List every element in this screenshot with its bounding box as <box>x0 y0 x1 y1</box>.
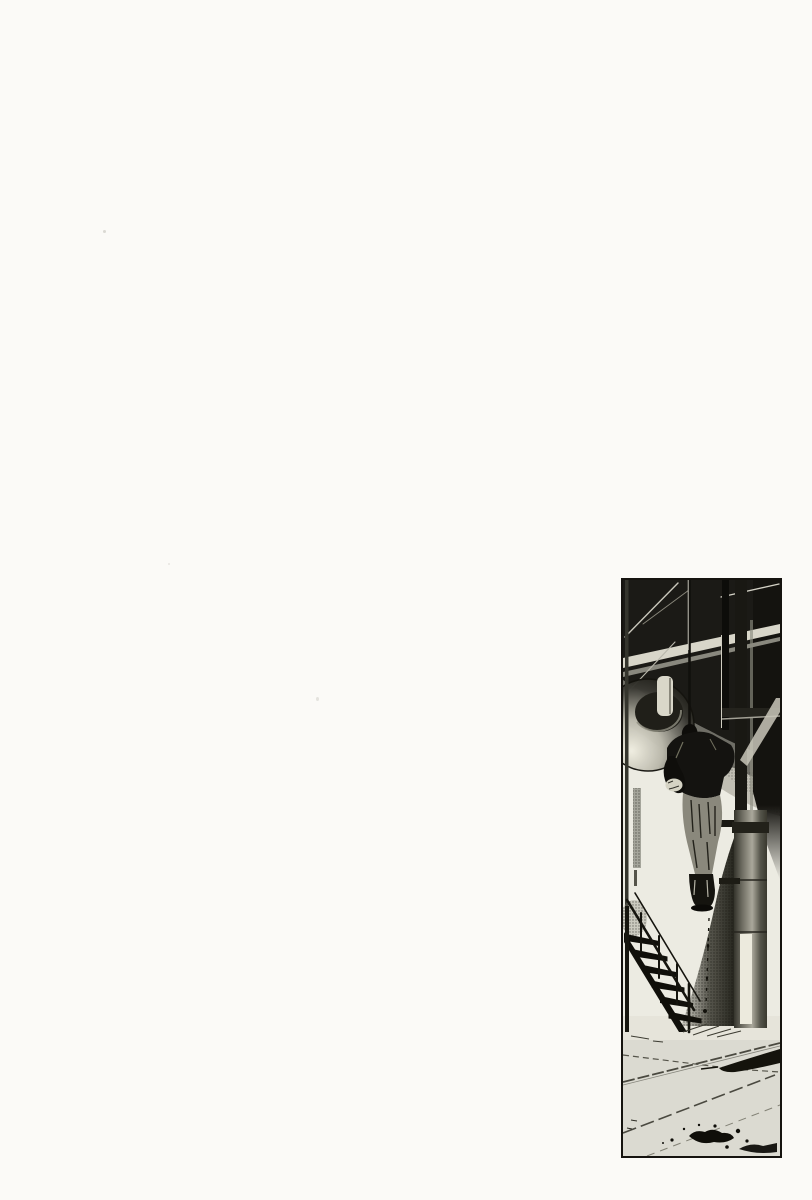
hanging-cable <box>688 580 689 732</box>
pipe-collar <box>732 822 769 833</box>
figure-hand <box>666 779 683 792</box>
manga-panel <box>621 578 782 1158</box>
stair-post <box>625 906 629 1032</box>
boot-soles <box>691 905 713 912</box>
paper-speck <box>103 230 106 233</box>
manga-page: { "page": { "kind": "manga page — blank … <box>0 0 812 1200</box>
panel-artwork <box>623 580 780 1156</box>
paper-speck <box>168 563 170 565</box>
small-bracket <box>719 878 740 884</box>
pipe-highlight-strip <box>740 934 752 1024</box>
paper-speck <box>316 697 319 701</box>
